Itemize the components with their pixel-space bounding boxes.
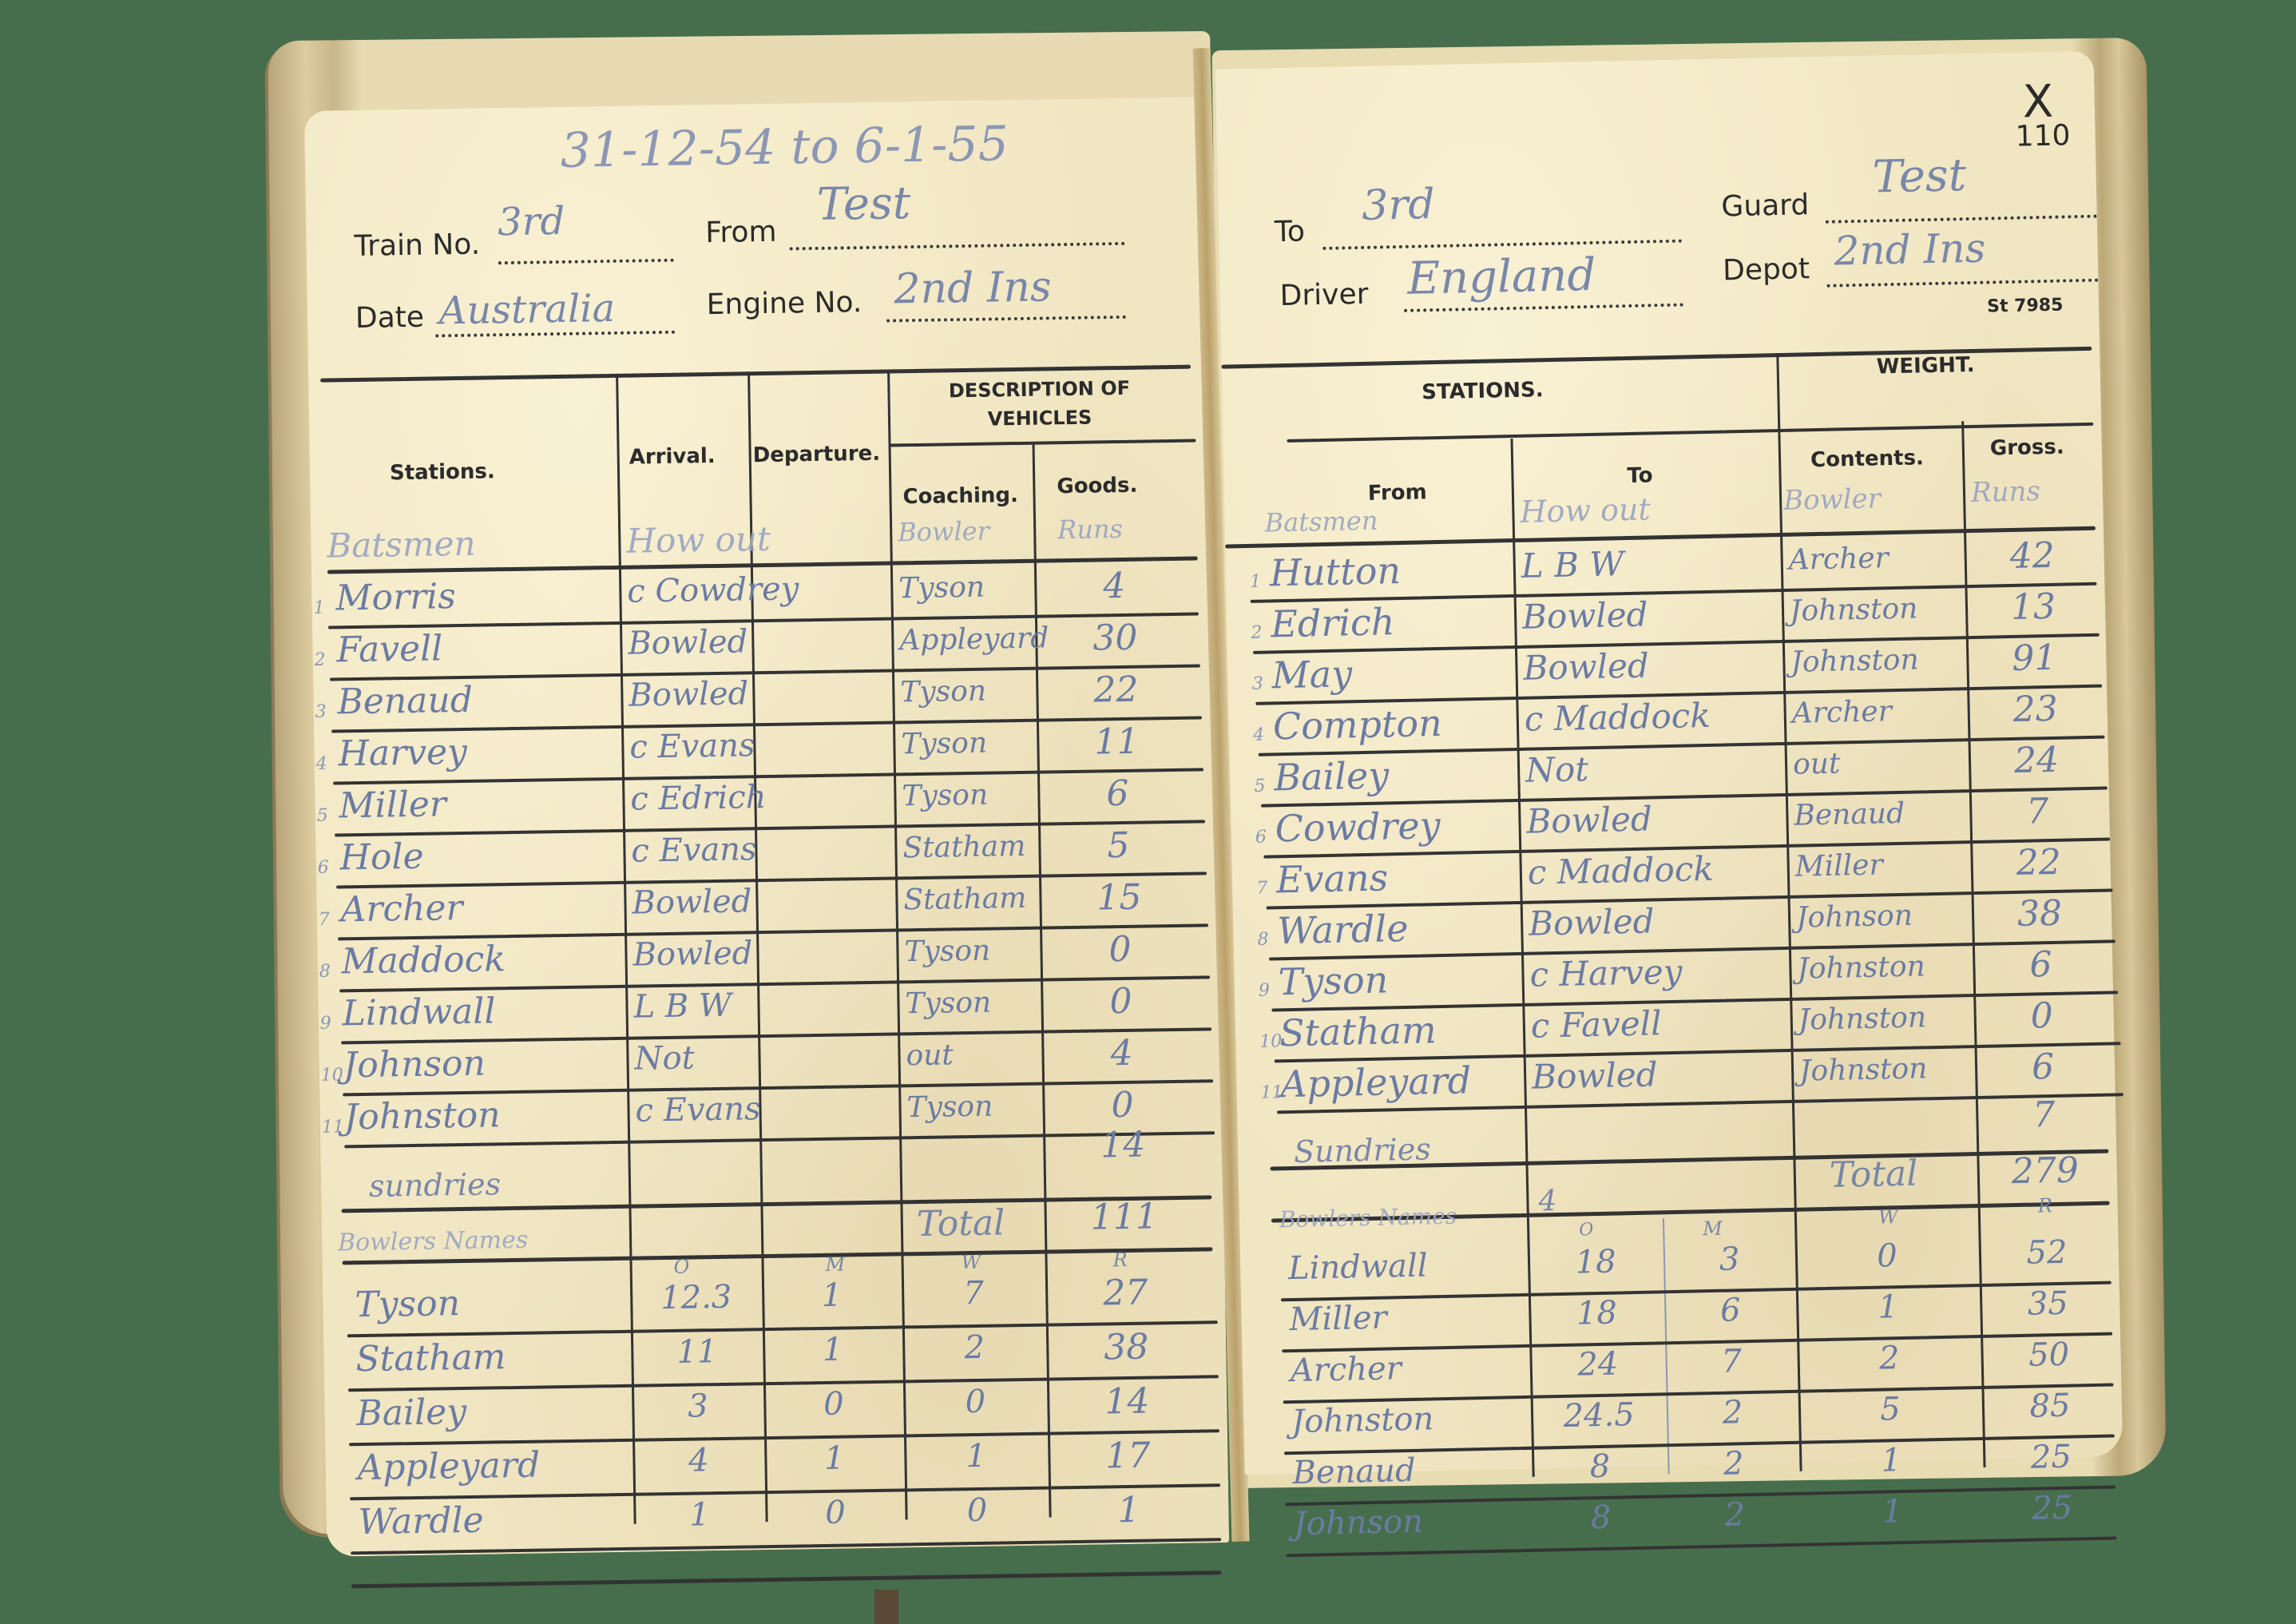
runs: 7 <box>1969 790 2106 834</box>
rule-bottom <box>351 1570 1222 1588</box>
how-out: L B W <box>633 987 732 1026</box>
maidens: 1 <box>764 1439 905 1478</box>
bowling-col-w: W <box>961 1251 981 1273</box>
row-number: 1 <box>313 598 324 618</box>
train-no-line <box>498 259 674 264</box>
col-header-to: To <box>1627 463 1653 488</box>
hw-header-runs: Runs <box>1971 475 2041 509</box>
date-range: 31-12-54 to 6-1-55 <box>560 116 1009 179</box>
sundries-value: 14 <box>1043 1123 1204 1166</box>
bowling-col-w: W <box>1878 1205 1898 1229</box>
maidens: 2 <box>1668 1495 1801 1535</box>
runs: 13 <box>1965 586 2101 629</box>
batsman-name: May <box>1271 652 1353 697</box>
overs: 8 <box>1532 1447 1668 1487</box>
stations-subrule <box>1287 423 2093 443</box>
bowling-runs: 52 <box>1978 1233 2115 1273</box>
how-out: c Evans <box>629 727 755 765</box>
overs: 11 <box>631 1332 763 1372</box>
runs: 22 <box>1970 841 2107 885</box>
bowler: Tyson <box>901 727 987 761</box>
batsman-name: Tyson <box>1278 958 1389 1003</box>
maidens: 1 <box>763 1330 903 1369</box>
from-line <box>790 242 1125 251</box>
maidens: 7 <box>1665 1342 1798 1381</box>
row-number: 2 <box>314 650 325 670</box>
how-out: Not <box>1525 749 1589 790</box>
row-number: 1 <box>1250 572 1262 592</box>
runs: 30 <box>1035 617 1196 660</box>
runs: 42 <box>1964 534 2100 578</box>
driver-line <box>1404 303 1683 312</box>
bowler: Johnston <box>1790 592 1918 627</box>
bowling-runs: 38 <box>1046 1325 1207 1368</box>
overs: 12.3 <box>630 1278 763 1317</box>
batsman-name: Archer <box>340 887 463 930</box>
runs: 23 <box>1967 688 2104 732</box>
runs: 0 <box>1973 995 2110 1038</box>
overs: 8 <box>1533 1498 1669 1538</box>
runs: 5 <box>1038 824 1199 868</box>
bowling-col-m: M <box>1703 1217 1723 1241</box>
bowler: Tyson <box>905 987 991 1021</box>
bowler: Miller <box>1794 848 1883 883</box>
guard-label: Guard <box>1721 189 1810 223</box>
how-out: Bowled <box>1529 901 1655 943</box>
row-number: 9 <box>1259 981 1271 1001</box>
bowler-name: Lindwall <box>1288 1247 1428 1287</box>
bowling-runs: 85 <box>1982 1386 2119 1426</box>
maidens: 6 <box>1664 1291 1797 1330</box>
overs: 24 <box>1529 1344 1666 1384</box>
bowling-col-o: O <box>673 1256 689 1278</box>
row-number: 6 <box>1255 828 1267 848</box>
col-header-gross: Gross. <box>1990 435 2064 461</box>
bowler: Johnston <box>1790 643 1919 678</box>
col-header-goods: Goods. <box>1057 474 1137 499</box>
hw-header-bowler: Bowler <box>898 516 989 548</box>
hw-header-batsmen: Batsmen <box>327 524 476 566</box>
batsman-name: Lindwall <box>342 991 496 1034</box>
bowler-name: Archer <box>1290 1350 1402 1389</box>
bowling-header: Bowlers Names <box>338 1226 529 1257</box>
bowler-name: Benaud <box>1292 1452 1416 1491</box>
to-line <box>1322 240 1682 250</box>
overs: 24.5 <box>1531 1396 1667 1435</box>
bowler: Tyson <box>898 571 985 606</box>
batsman-name: Harvey <box>338 732 467 775</box>
guard-value: Test <box>1872 149 1967 203</box>
row-number: 9 <box>320 1014 331 1034</box>
bowler-name: Statham <box>355 1336 506 1380</box>
bowling-col-r: R <box>1112 1249 1128 1271</box>
bowler: Johnson <box>1796 899 1913 935</box>
row-number: 3 <box>315 702 326 722</box>
driver-label: Driver <box>1279 278 1369 312</box>
bowler: Archer <box>1791 695 1892 730</box>
how-out: c Harvey <box>1529 952 1683 995</box>
batsman-name: Compton <box>1272 701 1442 748</box>
runs: 22 <box>1036 669 1196 712</box>
engine-no-label: Engine No. <box>706 286 862 321</box>
guard-line <box>1826 215 2097 224</box>
bowler-name: Johnston <box>1291 1400 1434 1440</box>
bowler: Johnston <box>1799 1052 1928 1087</box>
col-header-coaching: Coaching. <box>902 483 1018 509</box>
driver-value: England <box>1407 249 1596 305</box>
total-label: Total <box>916 1202 1005 1245</box>
bowling-runs: 14 <box>1047 1380 1207 1423</box>
total-value: 111 <box>1044 1195 1204 1238</box>
bowling-runs: 25 <box>1983 1437 2120 1477</box>
how-out: Bowled <box>1532 1054 1658 1096</box>
bowler-name: Wardle <box>358 1500 484 1543</box>
wickets: 1 <box>1796 1287 1981 1328</box>
how-out: Not <box>634 1039 695 1077</box>
col-header-stations: STATIONS. <box>1422 378 1544 404</box>
batsman-name: Favell <box>336 628 443 670</box>
vehicles-subrule <box>888 439 1196 447</box>
to-label: To <box>1275 215 1306 248</box>
hw-header-bowler: Bowler <box>1783 482 1882 517</box>
batsman-name: Bailey <box>1274 753 1390 799</box>
runs: 15 <box>1039 876 1200 919</box>
bowling-header: Bowlers Names <box>1279 1203 1457 1233</box>
to-value: 3rd <box>1362 181 1435 230</box>
row-number: 5 <box>317 806 328 826</box>
maidens: 2 <box>1667 1444 1800 1483</box>
how-out: Bowled <box>629 675 749 713</box>
total-label: Total <box>1829 1153 1917 1196</box>
wickets: 1 <box>1799 1440 1984 1481</box>
date-value: Australia <box>438 286 615 333</box>
wickets: 7 <box>902 1274 1046 1313</box>
depot-label: Depot <box>1723 252 1810 287</box>
maidens: 2 <box>1667 1393 1799 1432</box>
batsman-name: Statham <box>1279 1008 1437 1054</box>
batsman-name: Johnston <box>343 1094 501 1138</box>
maidens: 0 <box>763 1384 904 1423</box>
bowling-runs: 25 <box>1984 1488 2120 1528</box>
bowler: Johnston <box>1797 950 1925 985</box>
how-out: c Maddock <box>1524 696 1711 739</box>
row-number: 8 <box>319 962 331 982</box>
wickets: 1 <box>904 1437 1049 1476</box>
batsman-name: Hole <box>339 836 424 879</box>
how-out: c Edrich <box>630 779 767 818</box>
row-number: 3 <box>1252 674 1264 694</box>
runs: 0 <box>1040 928 1200 971</box>
runs: 6 <box>1037 772 1198 816</box>
train-no-label: Train No. <box>354 228 480 263</box>
runs: 91 <box>1966 637 2103 681</box>
row-number: 8 <box>1257 930 1269 950</box>
batsman-name: Maddock <box>341 939 506 982</box>
row-number: 6 <box>318 858 329 878</box>
row-number: 2 <box>1251 623 1263 643</box>
bowling-runs: 35 <box>1980 1284 2116 1324</box>
bowling-runs: 1 <box>1049 1488 1209 1531</box>
batsman-name: Morris <box>335 576 456 618</box>
bowler: Johnston <box>1798 1001 1926 1036</box>
runs: 0 <box>1042 1083 1203 1126</box>
how-out: c Evans <box>635 1090 761 1129</box>
runs: 4 <box>1034 565 1195 608</box>
wickets: 2 <box>1797 1338 1981 1379</box>
train-no-value: 3rd <box>498 199 565 244</box>
wickets: 5 <box>1798 1389 1983 1430</box>
bowling-col-o: O <box>1579 1220 1594 1240</box>
wickets: 0 <box>905 1491 1049 1531</box>
row-number: 4 <box>315 754 327 774</box>
maidens: 0 <box>765 1493 906 1532</box>
bowler: Statham <box>903 882 1026 916</box>
bowling-balls-note: 4 <box>1538 1185 1557 1217</box>
bowler: Archer <box>1788 542 1889 577</box>
row-number: 5 <box>1254 776 1266 796</box>
bowling-runs: 17 <box>1048 1434 1208 1477</box>
engine-no-line <box>886 316 1126 323</box>
batsman-name: Wardle <box>1277 907 1409 952</box>
runs: 24 <box>1969 739 2105 783</box>
how-out: Bowled <box>628 623 748 661</box>
open-notebook: 31-12-54 to 6-1-55 Train No. 3rd From Te… <box>0 0 2296 1624</box>
batsman-name: Hutton <box>1269 549 1401 594</box>
bowler: out <box>906 1038 954 1072</box>
wickets: 2 <box>902 1328 1047 1368</box>
total-value: 279 <box>1977 1149 2113 1193</box>
wickets: 0 <box>1795 1236 1980 1277</box>
right-page: X 110 To 3rd Guard Test Driver England D… <box>1215 51 2124 1475</box>
row-number: 11 <box>322 1117 344 1137</box>
bowler: Tyson <box>906 1090 993 1125</box>
col-header-from: From <box>1368 480 1427 506</box>
bowler-name: Tyson <box>355 1283 460 1325</box>
batsman-name: Johnson <box>343 1043 486 1086</box>
overs: 3 <box>632 1387 764 1426</box>
runs: 38 <box>1972 892 2108 936</box>
from-label: From <box>705 216 777 249</box>
bowling-col-r: R <box>2037 1194 2052 1217</box>
wickets: 0 <box>903 1383 1048 1422</box>
overs: 18 <box>1529 1293 1665 1333</box>
bowler: Tyson <box>900 675 986 709</box>
hw-header-how-out: How out <box>626 519 771 561</box>
bowler-name: Miller <box>1289 1300 1387 1339</box>
form-code: St 7985 <box>1987 296 2064 317</box>
bowler: Statham <box>902 830 1025 864</box>
overs: 4 <box>632 1441 765 1480</box>
runs: 4 <box>1041 1031 1202 1074</box>
how-out: Bowled <box>632 935 753 973</box>
depot-line <box>1826 279 2098 288</box>
col-header-weight: WEIGHT. <box>1876 353 1974 379</box>
batsman-name: Miller <box>339 784 446 826</box>
row-number: 7 <box>319 910 330 930</box>
bowler: Tyson <box>902 779 988 813</box>
bowling-runs: 27 <box>1045 1271 1206 1314</box>
left-page: 31-12-54 to 6-1-55 Train No. 3rd From Te… <box>304 97 1229 1557</box>
bowling-col-m: M <box>825 1253 845 1276</box>
bowler: Benaud <box>1794 797 1905 832</box>
bookmark-ribbon <box>874 1590 898 1624</box>
depot-value: 2nd Ins <box>1834 225 1986 275</box>
how-out: c Cowdrey <box>627 570 799 609</box>
overs: 1 <box>633 1495 766 1535</box>
col-header-stations: Stations. <box>390 459 495 485</box>
maidens: 3 <box>1664 1240 1796 1279</box>
bowler-name: Johnson <box>1293 1503 1423 1543</box>
maidens: 1 <box>762 1276 902 1315</box>
runs: 0 <box>1041 979 1201 1022</box>
col-header-contents: Contents. <box>1810 446 1924 472</box>
how-out: Bowled <box>632 883 752 921</box>
row-number: 7 <box>1256 879 1268 899</box>
batsman-name: Evans <box>1275 856 1388 901</box>
bowler: Appleyard <box>899 621 1049 657</box>
hw-header-runs: Runs <box>1057 514 1123 545</box>
col-header-departure: Departure. <box>752 442 880 468</box>
hw-header-how-out: How out <box>1520 491 1651 529</box>
bowler-name: Appleyard <box>357 1445 540 1489</box>
page-number: 110 <box>2015 119 2071 153</box>
runs: 6 <box>1973 943 2109 987</box>
how-out: Bowled <box>1526 799 1652 840</box>
how-out: Bowled <box>1523 646 1649 688</box>
runs: 6 <box>1975 1046 2112 1090</box>
hw-header-batsmen: Batsmen <box>1264 506 1378 538</box>
how-out: Bowled <box>1522 595 1648 637</box>
sundries-value: 7 <box>1976 1093 2112 1137</box>
bowler-name: Bailey <box>356 1392 466 1434</box>
how-out: L B W <box>1521 544 1624 586</box>
bowling-runs: 50 <box>1981 1335 2117 1375</box>
date-label: Date <box>355 301 425 335</box>
batsman-name: Appleyard <box>1280 1058 1472 1106</box>
batsman-name: Benaud <box>337 680 473 723</box>
sundries-label: sundries <box>369 1166 502 1204</box>
row-number: 4 <box>1253 725 1265 745</box>
row-number: 10 <box>321 1065 343 1085</box>
batsman-name: Cowdrey <box>1275 804 1441 850</box>
wickets: 1 <box>1800 1491 1985 1532</box>
batsman-name: Edrich <box>1271 600 1395 645</box>
bowler: out <box>1793 748 1841 781</box>
bowler: Tyson <box>904 935 990 969</box>
how-out: c Evans <box>631 831 757 869</box>
col-header-description: DESCRIPTION OF VEHICLES <box>915 373 1164 435</box>
col-header-arrival: Arrival. <box>629 444 715 470</box>
engine-no-value: 2nd Ins <box>894 263 1052 313</box>
runs: 11 <box>1037 721 1197 764</box>
from-value: Test <box>816 177 910 231</box>
overs: 18 <box>1528 1242 1664 1282</box>
how-out: c Maddock <box>1527 849 1714 892</box>
how-out: c Favell <box>1530 1003 1662 1045</box>
